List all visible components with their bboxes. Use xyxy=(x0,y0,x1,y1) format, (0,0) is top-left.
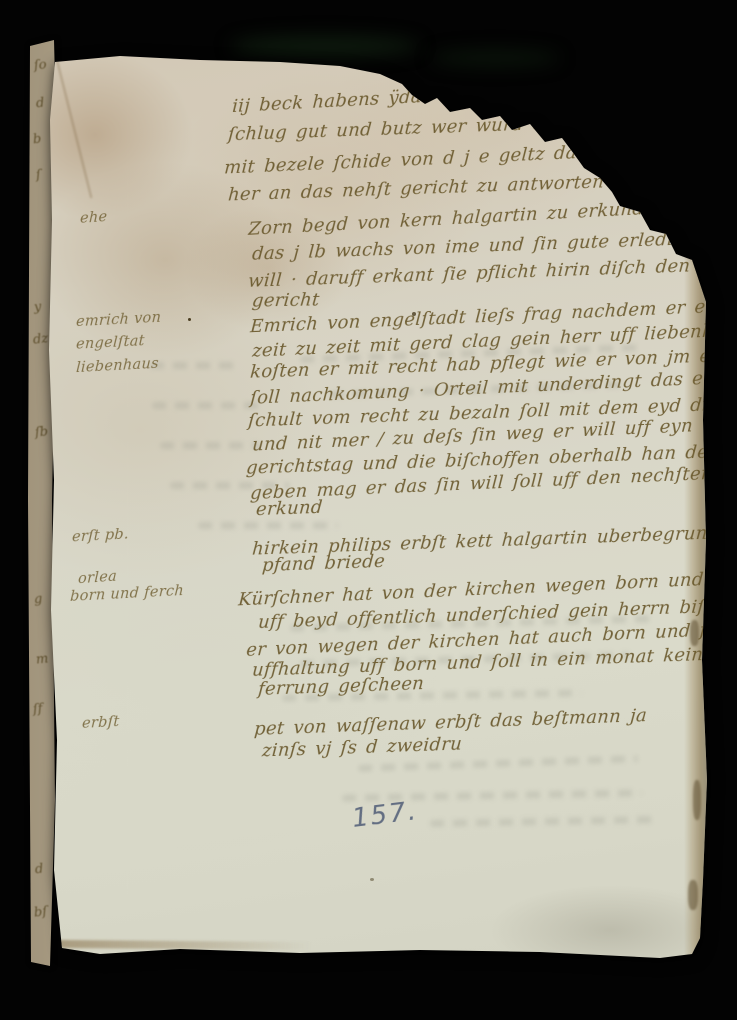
manuscript-paper: iij beck habens ÿdas mali vor b ſchlug g… xyxy=(0,0,737,1020)
fore-edge-mark xyxy=(693,780,701,820)
ink-speck xyxy=(370,878,374,881)
showthrough-mark xyxy=(358,755,638,772)
manuscript-line: pfand briede xyxy=(261,551,385,576)
showthrough-mark xyxy=(150,362,240,369)
manuscript-line: her an das nehſt gericht zu antworten xyxy=(227,171,604,205)
margin-note: liebenhaus xyxy=(76,356,160,376)
margin-note: ehe xyxy=(80,209,108,227)
manuscript-line: ſchlug gut und butz wer wurd das b xyxy=(227,112,586,146)
manuscript-line: gericht xyxy=(251,289,320,311)
margin-note: emrich von xyxy=(76,310,162,331)
manuscript-line: erkund xyxy=(255,497,323,520)
showthrough-mark xyxy=(152,402,262,409)
fore-edge-mark xyxy=(688,880,698,910)
folio-number: 157. xyxy=(350,796,419,834)
showthrough-mark xyxy=(430,816,660,827)
margin-note: erbſt xyxy=(82,714,120,732)
margin-note: erſt pb. xyxy=(72,526,130,545)
scan-stage: ſo d b ſ y dz ſb g m ſf d bſ xyxy=(0,0,737,1020)
manuscript-page: iij beck habens ÿdas mali vor b ſchlug g… xyxy=(0,0,737,1020)
corner-crease xyxy=(56,60,92,198)
manuscript-line: mit bezele ſchide von d j e geltz daruff… xyxy=(224,138,664,178)
margin-note: engelſtat xyxy=(76,333,146,353)
manuscript-line: iij beck habens ÿdas mali vor b xyxy=(232,80,542,117)
ink-speck xyxy=(188,318,191,321)
showthrough-mark xyxy=(198,522,338,529)
showthrough-mark xyxy=(160,442,260,449)
margin-note: orlea xyxy=(78,569,117,588)
deckle-edge xyxy=(50,940,312,950)
